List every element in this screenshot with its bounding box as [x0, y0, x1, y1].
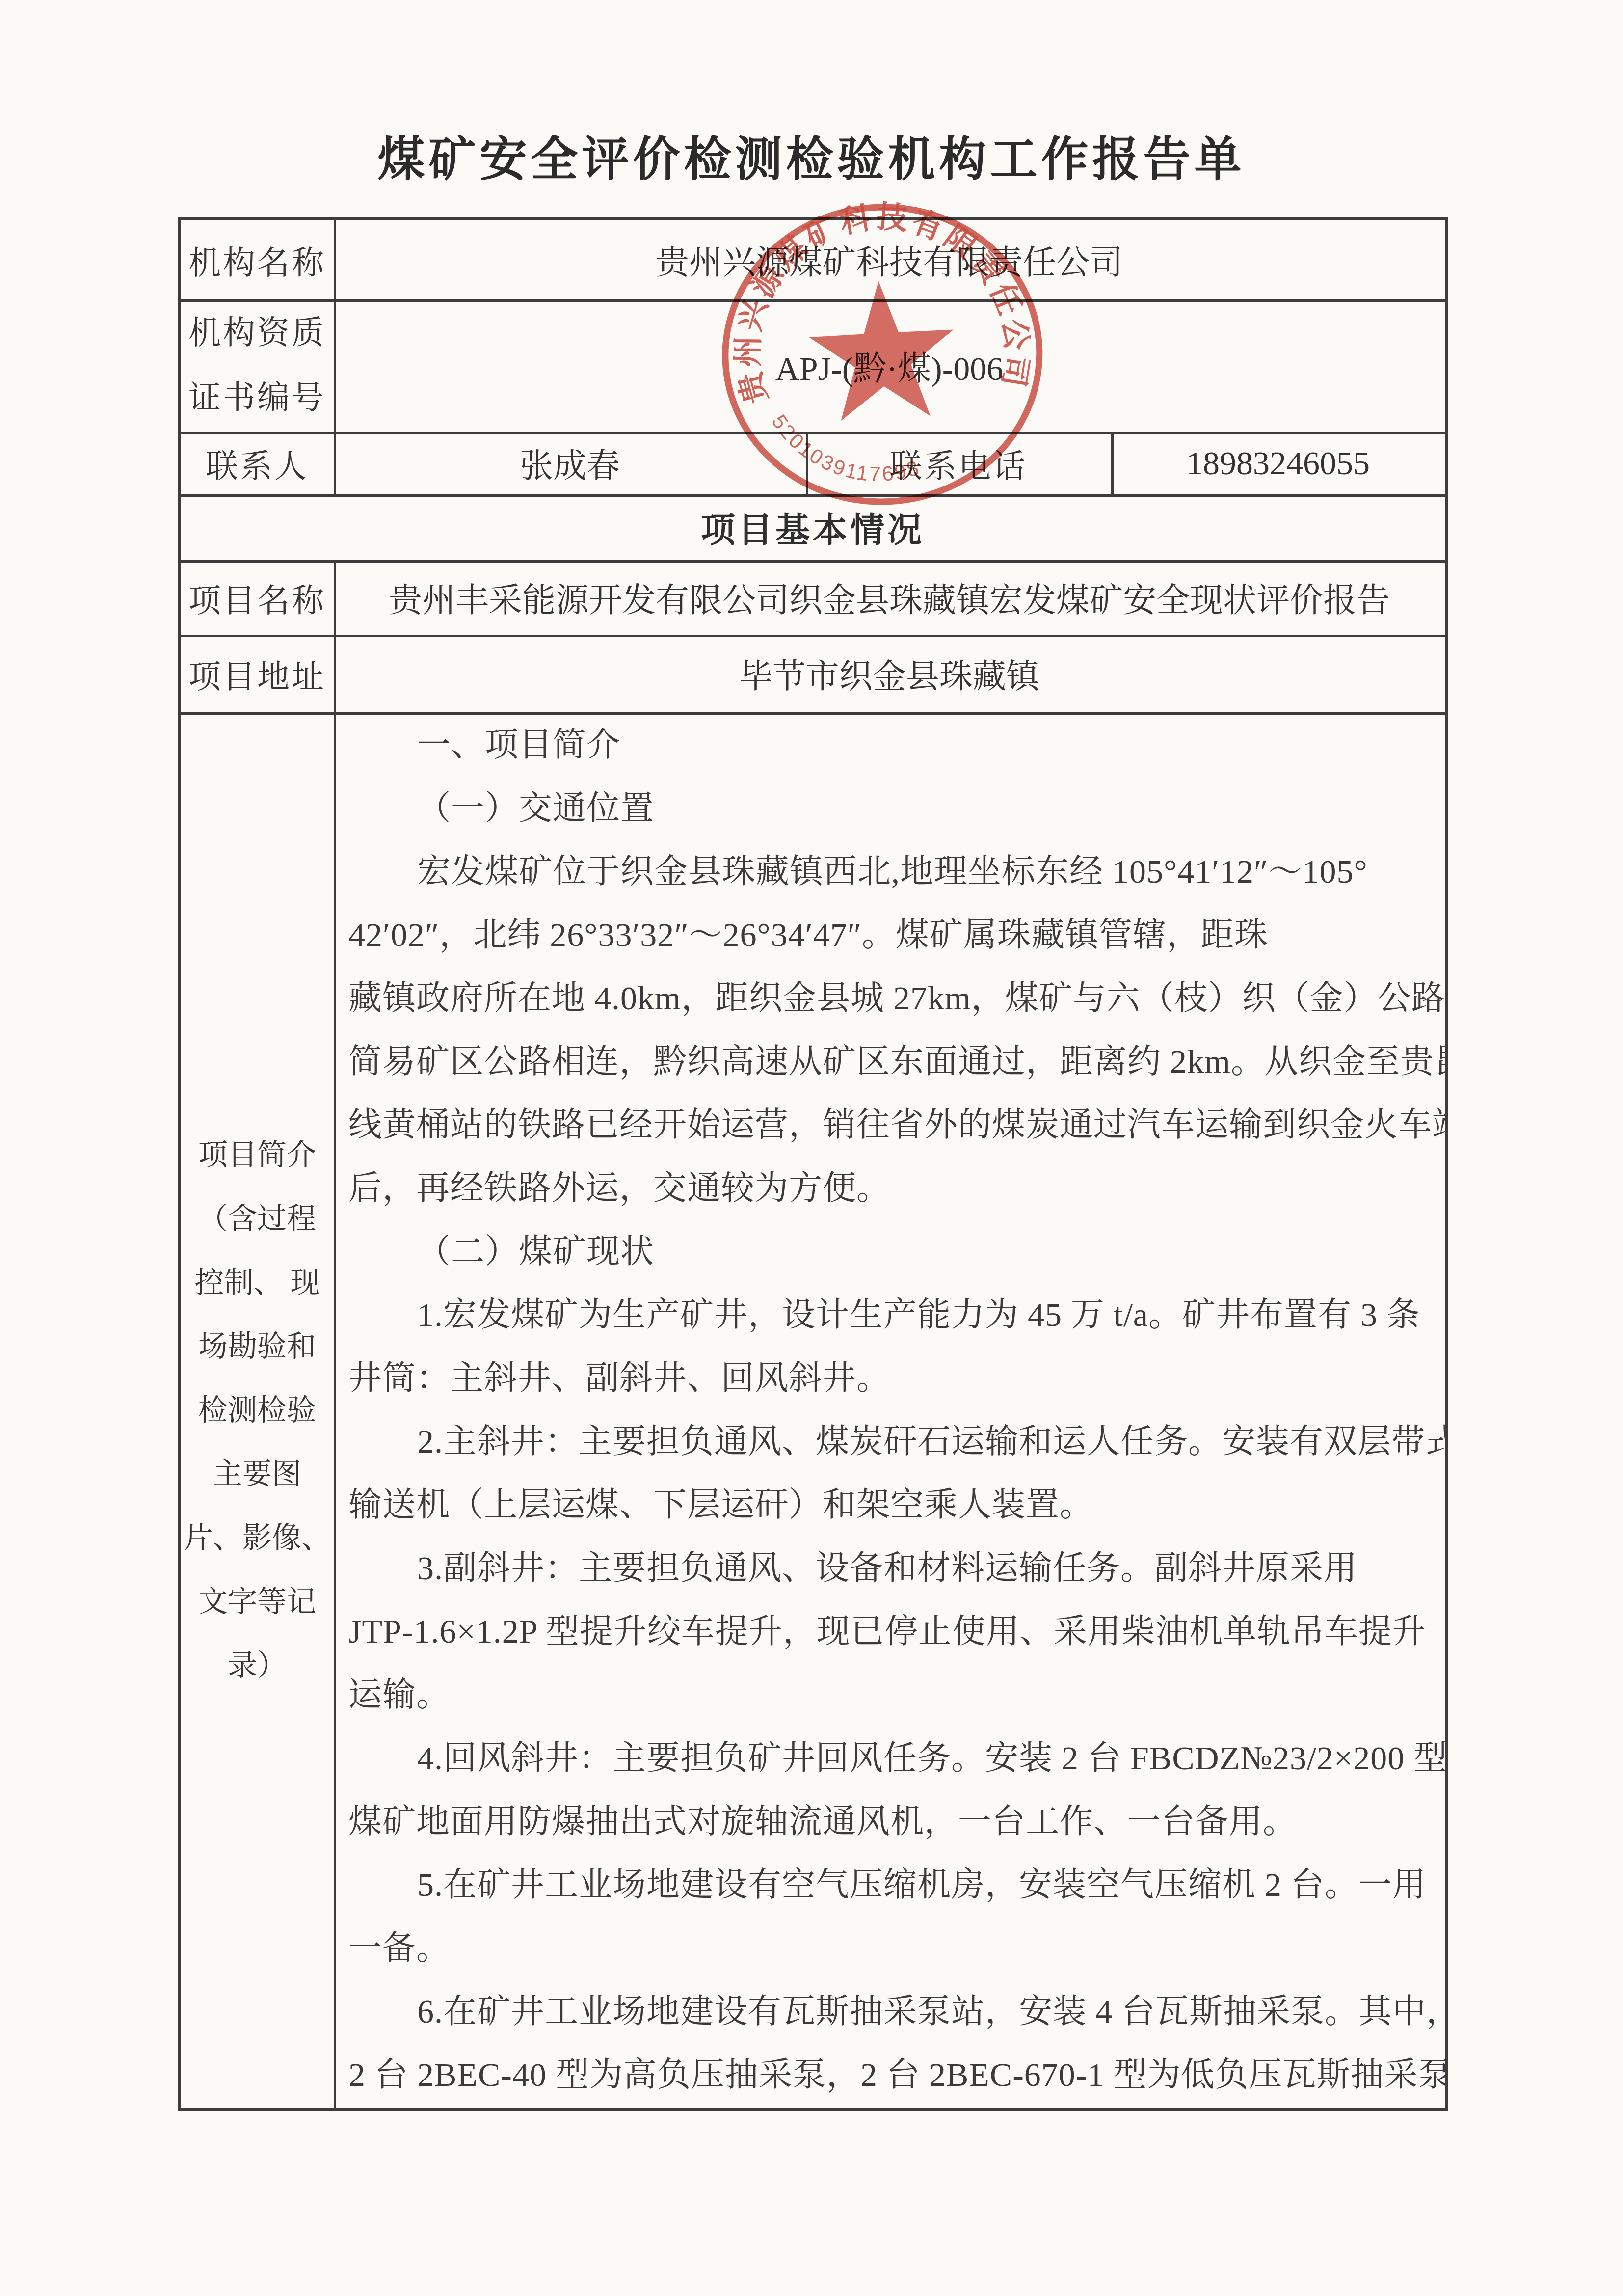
intro-label-line: 场勘验和 [198, 1315, 316, 1378]
project-section-header: 项目基本情况 [181, 494, 1445, 560]
project-address-value: 毕节市织金县珠藏镇 [334, 635, 1445, 712]
intro-label-line: 项目简介 [198, 1123, 316, 1187]
intro-body-line: 井筒：主斜井、副斜井、回风斜井。 [348, 1347, 1432, 1410]
phone-label: 联系电话 [806, 432, 1111, 494]
intro-body-line: JTP-1.6×1.2P 型提升绞车提升，现已停止使用、采用柴油机单轨吊车提升 [348, 1600, 1432, 1663]
intro-body-line: 6.在矿井工业场地建设有瓦斯抽采泵站，安装 4 台瓦斯抽采泵。其中， [348, 1980, 1432, 2043]
org-cert-label-line1: 机构资质 [188, 301, 326, 366]
page-title: 煤矿安全评价检测检验机构工作报告单 [0, 122, 1623, 189]
intro-label-line: 片、影像、 [184, 1506, 331, 1570]
scanned-document-page: 煤矿安全评价检测检验机构工作报告单 机构名称 贵州兴源煤矿科技有限责任公司 机构… [0, 0, 1623, 2296]
project-name-label: 项目名称 [181, 560, 334, 635]
org-cert-label: 机构资质 证书编号 [181, 299, 334, 432]
org-name-value: 贵州兴源煤矿科技有限责任公司 [334, 220, 1445, 299]
intro-label: 项目简介（含过程控制、 现场勘验和检测检验主要图片、影像、文字等记录） [181, 712, 334, 2108]
intro-body-line: 藏镇政府所在地 4.0km，距织金县城 27km，煤矿与六（枝）织（金）公路有 [348, 967, 1432, 1030]
intro-body-line: 输送机（上层运煤、下层运矸）和架空乘人装置。 [348, 1473, 1432, 1537]
intro-body-line: 一备。 [348, 1917, 1432, 1980]
intro-body-line: 宏发煤矿位于织金县珠藏镇西北,地理坐标东经 105°41′12″～105° [348, 840, 1432, 903]
org-cert-label-line2: 证书编号 [188, 366, 326, 431]
intro-body-line: （一）交通位置 [348, 777, 1432, 840]
intro-body-line: 3.副斜井：主要担负通风、设备和材料运输任务。副斜井原采用 [348, 1537, 1432, 1600]
intro-body-line: 线黄桶站的铁路已经开始运营，销往省外的煤炭通过汽车运输到织金火车站 [348, 1093, 1432, 1157]
intro-body-line: 4.回风斜井：主要担负矿井回风任务。安装 2 台 FBCDZ№23/2×200 … [348, 1727, 1432, 1790]
report-form-table: 机构名称 贵州兴源煤矿科技有限责任公司 机构资质 证书编号 APJ-(黔·煤)-… [178, 217, 1448, 2111]
project-address-label: 项目地址 [181, 635, 334, 712]
intro-content: 一、项目简介（一）交通位置宏发煤矿位于织金县珠藏镇西北,地理坐标东经 105°4… [334, 712, 1445, 2108]
intro-body-line: 简易矿区公路相连，黔织高速从矿区东面通过，距离约 2km。从织金至贵昆 [348, 1030, 1432, 1093]
intro-label-line: 录） [228, 1634, 287, 1698]
org-cert-value: APJ-(黔·煤)-006 [334, 299, 1445, 432]
intro-label-line: 文字等记 [198, 1570, 316, 1634]
org-name-label: 机构名称 [181, 220, 334, 299]
intro-body-line: 1.宏发煤矿为生产矿井，设计生产能力为 45 万 t/a。矿井布置有 3 条 [348, 1283, 1432, 1347]
project-name-value: 贵州丰采能源开发有限公司织金县珠藏镇宏发煤矿安全现状评价报告 [334, 560, 1445, 635]
phone-value: 18983246055 [1111, 432, 1445, 494]
intro-body-line: 一、项目简介 [348, 713, 1432, 777]
intro-body-line: 运输。 [348, 1663, 1432, 1727]
intro-body-line: 后，再经铁路外运，交通较为方便。 [348, 1157, 1432, 1220]
intro-label-line: 控制、 现 [195, 1251, 320, 1315]
contact-label: 联系人 [181, 432, 334, 494]
contact-value: 张成春 [334, 432, 806, 494]
intro-label-line: 检测检验 [198, 1378, 316, 1442]
intro-label-line: （含过程 [198, 1187, 316, 1251]
intro-body-line: 42′02″，北纬 26°33′32″～26°34′47″。煤矿属珠藏镇管辖，距… [348, 903, 1432, 967]
intro-body-line: 2 台 2BEC-40 型为高负压抽采泵，2 台 2BEC-670-1 型为低负… [348, 2043, 1432, 2107]
intro-body-line: 煤矿地面用防爆抽出式对旋轴流通风机，一台工作、一台备用。 [348, 1790, 1432, 1853]
intro-label-line: 主要图 [213, 1442, 301, 1506]
intro-body-line: （二）煤矿现状 [348, 1220, 1432, 1283]
intro-body-line: 2.主斜井：主要担负通风、煤炭矸石运输和运人任务。安装有双层带式 [348, 1410, 1432, 1473]
intro-body-line: 5.在矿井工业场地建设有空气压缩机房，安装空气压缩机 2 台。一用 [348, 1853, 1432, 1917]
